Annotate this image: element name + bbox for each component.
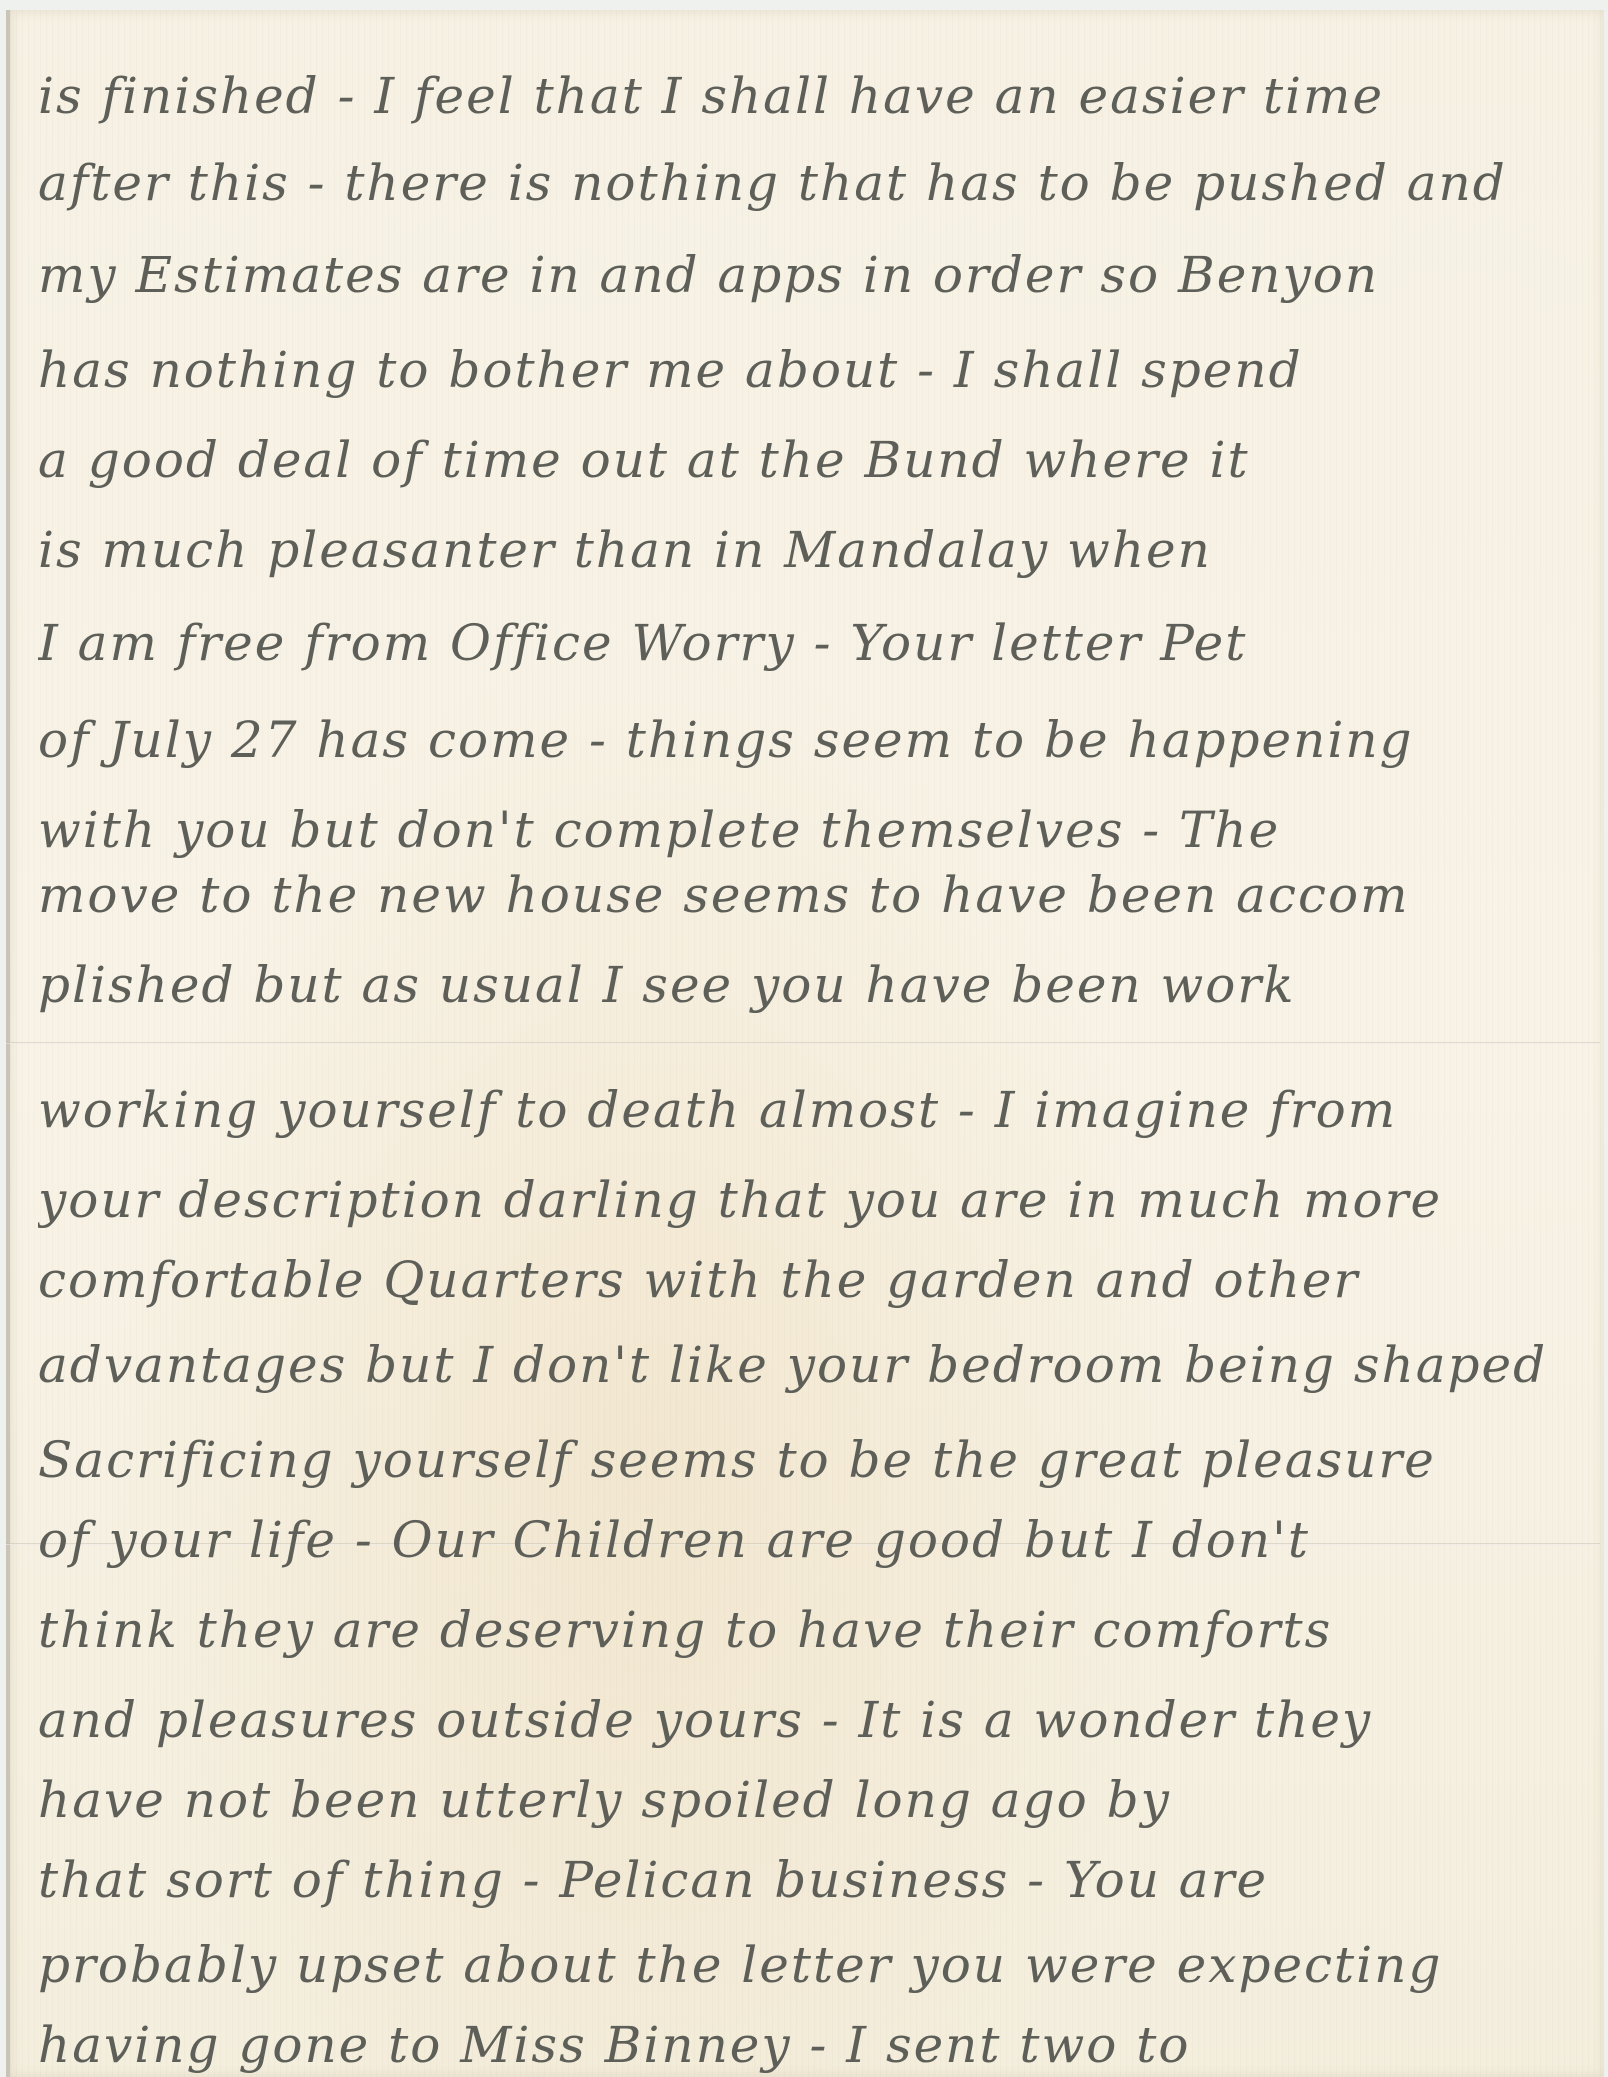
text-line: I am free from Office Worry - Your lette… bbox=[38, 613, 1568, 673]
text-line: a good deal of time out at the Bund wher… bbox=[38, 430, 1568, 490]
text-line: that sort of thing - Pelican business - … bbox=[38, 1850, 1568, 1910]
text-line: and pleasures outside yours - It is a wo… bbox=[38, 1690, 1568, 1750]
text-line: of July 27 has come - things seem to be … bbox=[38, 710, 1568, 770]
text-line: advantages but I don't like your bedroom… bbox=[38, 1335, 1568, 1395]
text-line: my Estimates are in and apps in order so… bbox=[38, 245, 1568, 305]
text-line: plished but as usual I see you have been… bbox=[38, 955, 1568, 1015]
text-line: think they are deserving to have their c… bbox=[38, 1600, 1568, 1660]
text-line: is much pleasanter than in Mandalay when bbox=[38, 520, 1568, 580]
text-line: is finished - I feel that I shall have a… bbox=[38, 66, 1568, 126]
text-line: Sacrificing yourself seems to be the gre… bbox=[38, 1430, 1568, 1490]
text-line: move to the new house seems to have been… bbox=[38, 865, 1568, 925]
text-line: comfortable Quarters with the garden and… bbox=[38, 1250, 1568, 1310]
text-line: has nothing to bother me about - I shall… bbox=[38, 340, 1568, 400]
text-line: have not been utterly spoiled long ago b… bbox=[38, 1770, 1568, 1830]
text-line: with you but don't complete themselves -… bbox=[38, 800, 1568, 860]
text-line: probably upset about the letter you were… bbox=[38, 1935, 1568, 1995]
text-line: of your life - Our Children are good but… bbox=[38, 1510, 1568, 1570]
text-line: your description darling that you are in… bbox=[38, 1170, 1568, 1230]
text-line: after this - there is nothing that has t… bbox=[38, 153, 1568, 213]
fold-line bbox=[6, 1042, 1600, 1044]
text-line: working yourself to death almost - I ima… bbox=[38, 1080, 1568, 1140]
text-line: having gone to Miss Binney - I sent two … bbox=[38, 2015, 1568, 2075]
